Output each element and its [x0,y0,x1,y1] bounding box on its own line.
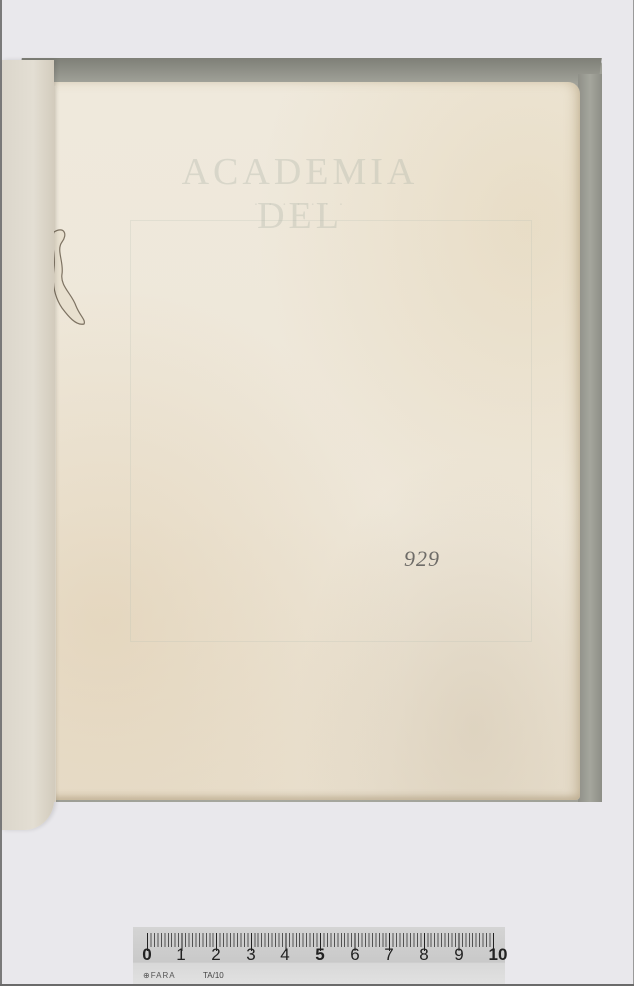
ruler-tick-6: 6 [345,945,365,965]
ruler-model-label: TA/10 [203,971,224,980]
ruler-tick-7: 7 [379,945,399,965]
show-through-subtitle: · · · · · · · [200,198,400,214]
ruler-tick-8: 8 [414,945,434,965]
ruler-brand-logo: ⊕FARA [143,971,176,980]
page-number-annotation: 929 [404,546,440,572]
ruler-tick-0: 0 [137,945,157,965]
verso-page-edge [2,60,54,830]
ruler-tick-4: 4 [275,945,295,965]
ruler-tick-10: 10 [485,945,511,965]
book-board-right-edge [578,74,602,802]
show-through-frame [130,220,532,642]
ruler-tick-5: 5 [310,945,330,965]
ruler-tick-2: 2 [206,945,226,965]
show-through-title: ACADEMIA DEL [140,150,460,238]
ruler-tick-3: 3 [241,945,261,965]
ruler-numbers: 0 1 2 3 4 5 6 7 8 9 10 [139,945,499,967]
ruler-tick-9: 9 [449,945,469,965]
book-board-top-fold [18,58,602,84]
scale-ruler: 0 1 2 3 4 5 6 7 8 9 10 ⊕FARA TA/10 [133,927,505,986]
torn-stub-icon [50,228,88,326]
ruler-tick-1: 1 [171,945,191,965]
